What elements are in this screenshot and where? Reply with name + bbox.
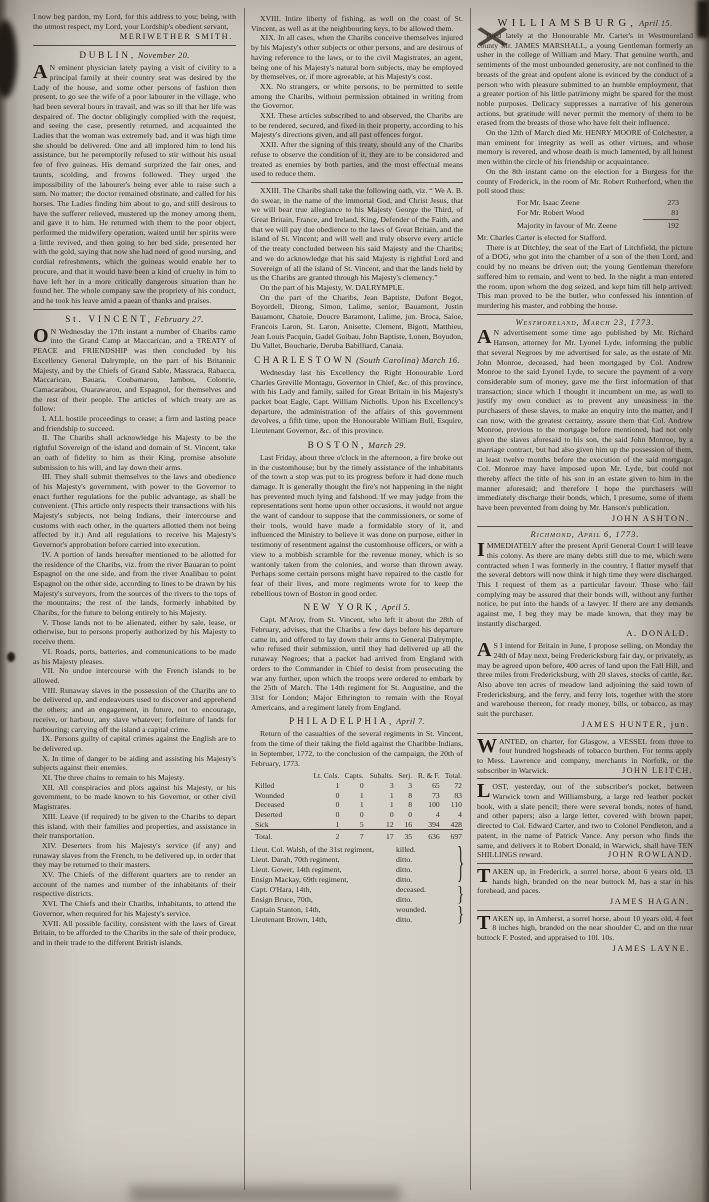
paragraph-text: VI. Roads, ports, batteries, and communi… <box>33 647 236 666</box>
signature: A. DONALD. <box>477 629 690 639</box>
news-paragraph: AN advertisement some time ago published… <box>477 328 693 512</box>
paragraph-text: III. They shall submit themselves to the… <box>33 472 236 549</box>
table-cell: 1 <box>365 800 395 810</box>
news-paragraph: XXIII. The Charibs shall take the follow… <box>251 186 463 283</box>
table-row: Deserted000044 <box>251 810 463 820</box>
paragraph-text: I. ALL hostile proceedings to cease; a f… <box>33 414 236 433</box>
column-right: WILLIAMSBURG, April 15.Died lately at th… <box>477 14 693 956</box>
table-cell: 12 <box>365 820 395 830</box>
officer-row: Lieut. Darah, 70th regiment,ditto. <box>251 855 450 865</box>
paragraph-text: On the 8th instant came on the election … <box>477 167 693 195</box>
officer-row: Ensign Bruce, 70th,ditto. <box>251 895 450 905</box>
news-paragraph: IV. A portion of lands hereafter mention… <box>33 550 236 618</box>
paragraph-text: XV. The Chiefs of the different quarters… <box>33 870 236 898</box>
heading-date: April 7. <box>396 717 425 726</box>
paragraph-text: Last Friday, about three o'clock in the … <box>251 453 463 598</box>
paragraph-text: On the 12th of March died Mr. HENRY MOOR… <box>477 128 693 166</box>
officer-status: deceased. <box>396 885 450 895</box>
dropcap-letter: A <box>477 328 493 347</box>
news-paragraph: XIII. Leave (if required) to be given to… <box>33 812 236 841</box>
dropcap-letter: I <box>477 541 487 560</box>
horizontal-rule <box>477 863 693 864</box>
poll-candidate: For Mr. Isaac Zeene <box>517 198 649 208</box>
table-cell: 0 <box>308 791 340 801</box>
poll-row: For Mr. Robert Wood81 <box>517 208 679 218</box>
news-paragraph: XVIII. Intire liberty of fishing, as wel… <box>251 14 463 33</box>
table-cell: 1 <box>340 791 364 801</box>
poll-majority-row: Majority in favour of Mr. Zeene192 <box>517 221 679 231</box>
news-paragraph: Capt. M'Aroy, from St. Vincent, who left… <box>251 615 463 712</box>
table-cell: 0 <box>308 800 340 810</box>
table-total-cell: 697 <box>441 830 463 842</box>
news-paragraph: Died lately at the Honourable Mr. Carter… <box>477 31 693 128</box>
table-row: Killed10336572 <box>251 781 463 791</box>
table-row: Wounded01187383 <box>251 791 463 801</box>
news-paragraph: On the part of his Majesty, W. DALRYMPLE… <box>251 283 463 293</box>
news-paragraph: VII. No undue intercourse with the Frenc… <box>33 666 236 685</box>
section-heading: CHARLESTOWN (South Carolina) March 16. <box>251 355 463 366</box>
paragraph-text: Capt. M'Aroy, from St. Vincent, who left… <box>251 615 463 711</box>
table-cell: 1 <box>340 800 364 810</box>
news-paragraph: XVI. The Chiefs and their Charibs, inhab… <box>33 899 236 918</box>
column-left: I now beg pardon, my Lord, for this addr… <box>33 12 236 948</box>
horizontal-rule <box>477 526 693 527</box>
paragraph-text: XXI. These articles subscribed to and ob… <box>251 111 463 139</box>
section-heading: St. VINCENT, February 27. <box>33 314 236 325</box>
table-total-cell: 7 <box>340 830 364 842</box>
table-cell: 0 <box>340 781 364 791</box>
table-row-label: Sick <box>251 820 308 830</box>
ink-blot-corner <box>0 20 17 98</box>
table-total-cell: 636 <box>413 830 441 842</box>
table-cell: 1 <box>365 791 395 801</box>
grouping-brace: } <box>457 845 464 885</box>
dropcap-letter: A <box>477 641 493 660</box>
table-cell: 65 <box>413 781 441 791</box>
paragraph-text: N eminent physician lately paying a visi… <box>33 63 236 305</box>
news-paragraph: XVII. All possible facility, consistent … <box>33 919 236 948</box>
news-paragraph: XXII. After the signing of this treaty, … <box>251 140 463 179</box>
table-header-cell: Capts. <box>340 771 364 781</box>
officer-name: Ensign Mackay, 69th regiment, <box>251 875 396 885</box>
news-paragraph: XI. The three chains to remain to his Ma… <box>33 773 236 783</box>
heading-city: St. VINCENT, <box>65 314 153 324</box>
table-cell: 1 <box>308 820 340 830</box>
horizontal-rule <box>477 910 693 911</box>
paragraph-text: XXIII. The Charibs shall take the follow… <box>251 186 463 282</box>
page-edge-shadow-left <box>0 0 8 1202</box>
paragraph-text: XXII. After the signing of this treaty, … <box>251 140 463 178</box>
officer-row: Capt. O'Hara, 14th,deceased. <box>251 885 450 895</box>
paragraph-text: N Wednesday the 17th instant a number of… <box>33 327 236 414</box>
table-cell: 0 <box>365 810 395 820</box>
news-paragraph: XII. All conspiracies and plots against … <box>33 783 236 812</box>
heading-city: PHILADELPHIA, <box>289 716 394 726</box>
section-heading: PHILADELPHIA, April 7. <box>251 716 463 727</box>
officer-status: ditto. <box>396 875 450 885</box>
officer-name: Captain Stanton, 14th, <box>251 905 396 915</box>
page-edge-shadow-right <box>701 0 709 1202</box>
paragraph-text: II. The Charibs shall acknowledge his Ma… <box>33 433 236 471</box>
officer-row: Lieut. Col. Walsh, of the 31st regiment,… <box>251 845 450 855</box>
table-cell: 0 <box>340 810 364 820</box>
news-paragraph: X. In time of danger to be aiding and as… <box>33 754 236 773</box>
news-paragraph: ON Wednesday the 17th instant a number o… <box>33 327 236 414</box>
horizontal-rule <box>477 314 693 315</box>
officer-name: Ensign Bruce, 70th, <box>251 895 396 905</box>
news-paragraph: XV. The Chiefs of the different quarters… <box>33 870 236 899</box>
table-cell: 4 <box>441 810 463 820</box>
heading-date: March 29. <box>368 441 406 450</box>
grouping-brace: } <box>457 885 464 905</box>
dropcap-letter: T <box>477 914 492 933</box>
dropcap-letter: T <box>477 867 492 886</box>
officer-row: Captain Stanton, 14th,wounded. <box>251 905 450 915</box>
officer-status: killed. <box>396 845 450 855</box>
table-cell: 0 <box>395 810 413 820</box>
paragraph-text: X. In time of danger to be aiding and as… <box>33 754 236 773</box>
table-header-cell: Serj. <box>395 771 413 781</box>
heading-city: NEW YORK, <box>303 602 379 612</box>
heading-date: April 15. <box>639 19 672 28</box>
table-cell: 8 <box>395 791 413 801</box>
heading-city: WILLIAMSBURG, <box>498 18 638 29</box>
table-header-cell: Subalts. <box>365 771 395 781</box>
paragraph-text: V. Those lands not to be alienated, eith… <box>33 618 236 646</box>
news-paragraph: VIII. Runaway slaves in the possession o… <box>33 686 236 735</box>
section-heading: BOSTON, March 29. <box>251 440 463 451</box>
news-paragraph: XIX. In all cases, when the Charibs conc… <box>251 33 463 82</box>
paragraph-text: I now beg pardon, my Lord, for this addr… <box>33 12 236 31</box>
paragraph-text: N advertisement some time ago published … <box>477 328 693 512</box>
table-cell: 110 <box>441 800 463 810</box>
officer-name: Lieut. Gower, 14th regiment, <box>251 865 396 875</box>
poll-majority-label: Majority in favour of Mr. Zeene <box>517 221 649 231</box>
news-paragraph: There is at Ditchley, the seat of the Ea… <box>477 243 693 311</box>
news-paragraph: TAKEN up, in Amherst, a sorrel horse, ab… <box>477 914 693 943</box>
paragraph-text: VII. No undue intercourse with the Frenc… <box>33 666 236 685</box>
table-cell: 5 <box>340 820 364 830</box>
table-cell: 394 <box>413 820 441 830</box>
news-paragraph: VI. Roads, ports, batteries, and communi… <box>33 647 236 666</box>
signature: JAMES HAGAN. <box>477 897 690 907</box>
horizontal-rule <box>477 733 693 734</box>
horizontal-rule <box>33 309 236 310</box>
news-paragraph: II. The Charibs shall acknowledge his Ma… <box>33 433 236 472</box>
table-row-label: Wounded <box>251 791 308 801</box>
officer-name: Capt. O'Hara, 14th, <box>251 885 396 895</box>
paragraph-text: Died lately at the Honourable Mr. Carter… <box>477 31 693 127</box>
signature: MERIWETHER SMITH. <box>33 32 233 42</box>
dropcap-letter: O <box>33 327 51 346</box>
officer-row: Lieut. Gower, 14th regiment,ditto. <box>251 865 450 875</box>
news-paragraph: XXI. These articles subscribed to and ob… <box>251 111 463 140</box>
table-header-cell: R. & F. <box>413 771 441 781</box>
news-paragraph: IMMEDIATELY after the present April Gene… <box>477 541 693 628</box>
news-paragraph: On the 8th instant came on the election … <box>477 167 693 196</box>
officer-row: Lieutenant Brown, 14th,ditto. <box>251 915 450 925</box>
paragraph-text: MMEDIATELY after the present April Gener… <box>477 541 693 628</box>
table-cell: 1 <box>308 781 340 791</box>
officer-name: Lieut. Darah, 70th regiment, <box>251 855 396 865</box>
news-paragraph: Wednesday last his Excellency the Right … <box>251 368 463 436</box>
paragraph-text: There is at Ditchley, the seat of the Ea… <box>477 243 693 310</box>
news-paragraph: On the part of the Charibs, Jean Baptist… <box>251 293 463 351</box>
table-header-cell <box>251 771 308 781</box>
paragraph-text: XX. No strangers, or white persons, to b… <box>251 82 463 110</box>
poll-majority-count: 192 <box>649 221 679 231</box>
table-row-label: Deserted <box>251 810 308 820</box>
section-heading: DUBLIN, November 20. <box>33 50 236 61</box>
news-paragraph: I. ALL hostile proceedings to cease; a f… <box>33 414 236 433</box>
news-paragraph: Return of the casualties of the several … <box>251 729 463 768</box>
news-paragraph: WANTED, on charter, for Glasgow, a VESSE… <box>477 737 693 776</box>
column-middle: XVIII. Intire liberty of fishing, as wel… <box>251 14 463 925</box>
heading-date: April 5. <box>382 603 411 612</box>
horizontal-rule <box>33 45 236 46</box>
table-total-cell: 17 <box>365 830 395 842</box>
table-header-cell: Total. <box>441 771 463 781</box>
paragraph-text: VIII. Runaway slaves in the possession o… <box>33 686 236 734</box>
poll-count: 81 <box>649 208 679 218</box>
news-paragraph: AS I intend for Britain in June, I propo… <box>477 641 693 719</box>
table-cell: 3 <box>395 781 413 791</box>
table-row: Sick151216394428 <box>251 820 463 830</box>
table-row-label: Killed <box>251 781 308 791</box>
paragraph-text: IV. A portion of lands hereafter mention… <box>33 550 236 617</box>
inline-signature: JOHN LEITCH. <box>622 766 693 776</box>
dropcap-letter: L <box>477 782 492 801</box>
signature: JAMES LAYNE. <box>477 944 690 954</box>
horizontal-rule <box>477 778 693 779</box>
table-cell: 0 <box>308 810 340 820</box>
paragraph-text: XII. All conspiracies and plots against … <box>33 783 236 811</box>
heading-city: CHARLESTOWN <box>254 355 354 365</box>
paragraph-text: XVIII. Intire liberty of fishing, as wel… <box>251 14 463 33</box>
poll-count: 273 <box>649 198 679 208</box>
paragraph-text: OST, yesterday, out of the subscriber's … <box>477 782 693 859</box>
horizontal-rule <box>251 182 463 183</box>
table-row-label: Deceased <box>251 800 308 810</box>
poll-row: For Mr. Isaac Zeene273 <box>517 198 679 208</box>
dateline-heading: Westmoreland, March 23, 1773. <box>477 318 693 328</box>
signature: JAMES HUNTER, jun. <box>477 720 690 730</box>
newspaper-page: ✕ I now beg pardon, my Lord, for this ad… <box>0 0 709 1202</box>
poll-sum-rule <box>643 219 679 220</box>
table-cell: 428 <box>441 820 463 830</box>
table-cell: 72 <box>441 781 463 791</box>
news-paragraph: XIV. Deserters from his Majesty's servic… <box>33 841 236 870</box>
table-cell: 16 <box>395 820 413 830</box>
table-header-row: Lt. Cols.Capts.Subalts.Serj.R. & F.Total… <box>251 771 463 781</box>
paragraph-text: XIV. Deserters from his Majesty's servic… <box>33 841 236 869</box>
ink-dot-margin <box>7 652 15 662</box>
news-paragraph: AN eminent physician lately paying a vis… <box>33 63 236 306</box>
officer-name: Lieut. Col. Walsh, of the 31st regiment, <box>251 845 396 855</box>
table-cell: 100 <box>413 800 441 810</box>
column-divider-rule <box>244 8 245 1190</box>
paragraph-text: AKEN up, in Frederick, a sorrel horse, a… <box>477 867 693 895</box>
signature: JOHN ASHTON. <box>477 514 690 524</box>
paper-smudge-bottom <box>130 1186 400 1202</box>
news-paragraph: V. Those lands not to be alienated, eith… <box>33 618 236 647</box>
section-heading: NEW YORK, April 5. <box>251 602 463 613</box>
news-paragraph: Last Friday, about three o'clock in the … <box>251 453 463 599</box>
paragraph-text: IX. Persons guilty of capital crimes aga… <box>33 734 236 753</box>
dropcap-letter: W <box>477 737 499 756</box>
paragraph-text: XVII. All possible facility, consistent … <box>33 919 236 947</box>
officer-status: ditto. <box>396 895 450 905</box>
table-cell: 83 <box>441 791 463 801</box>
paragraph-text: On the part of his Majesty, W. DALRYMPLE… <box>260 283 404 292</box>
grouping-brace: } <box>457 905 464 925</box>
heading-city: BOSTON, <box>308 440 367 450</box>
officer-status: ditto. <box>396 865 450 875</box>
table-row: Deceased0118100110 <box>251 800 463 810</box>
inline-signature: JOHN ROWLAND. <box>608 850 693 860</box>
news-paragraph: I now beg pardon, my Lord, for this addr… <box>33 12 236 31</box>
paragraph-text: XIII. Leave (if required) to be given to… <box>33 812 236 840</box>
officer-row: Ensign Mackay, 69th regiment,ditto. <box>251 875 450 885</box>
paragraph-text: S I intend for Britain in June, I propos… <box>477 641 693 718</box>
paragraph-text: XIX. In all cases, when the Charibs conc… <box>251 33 463 81</box>
casualty-table: Lt. Cols.Capts.Subalts.Serj.R. & F.Total… <box>251 771 463 842</box>
news-paragraph: On the 12th of March died Mr. HENRY MOOR… <box>477 128 693 167</box>
dateline-heading: Richmond, April 6, 1773. <box>477 530 693 540</box>
table-total-row: Total.271735636697 <box>251 830 463 842</box>
officer-status: ditto. <box>396 855 450 865</box>
news-paragraph: III. They shall submit themselves to the… <box>33 472 236 550</box>
ink-blot-top-right <box>697 0 709 38</box>
news-paragraph: TAKEN up, in Frederick, a sorrel horse, … <box>477 867 693 896</box>
news-paragraph: XX. No strangers, or white persons, to b… <box>251 82 463 111</box>
news-paragraph: Mr. Charles Carter is elected for Staffo… <box>477 233 693 243</box>
table-total-cell: 35 <box>395 830 413 842</box>
paragraph-text: XVI. The Chiefs and their Charibs, inhab… <box>33 899 236 918</box>
paragraph-text: AKEN up, in Amherst, a sorrel horse, abo… <box>477 914 693 942</box>
section-heading: WILLIAMSBURG, April 15. <box>477 18 693 29</box>
paragraph-text: Wednesday last his Excellency the Right … <box>251 368 463 435</box>
paragraph-text: Mr. Charles Carter is elected for Staffo… <box>477 233 607 242</box>
paragraph-text: On the part of the Charibs, Jean Baptist… <box>251 293 463 351</box>
officer-name: Lieutenant Brown, 14th, <box>251 915 396 925</box>
dropcap-letter: A <box>33 63 49 82</box>
table-total-label: Total. <box>251 830 308 842</box>
officer-status: ditto. <box>396 915 450 925</box>
table-cell: 8 <box>395 800 413 810</box>
paragraph-text: Return of the casualties of the several … <box>251 729 463 767</box>
column-divider-rule <box>470 8 471 1190</box>
officer-casualty-list: Lieut. Col. Walsh, of the 31st regiment,… <box>251 845 463 925</box>
heading-city: DUBLIN, <box>79 50 136 60</box>
table-cell: 3 <box>365 781 395 791</box>
news-paragraph: LOST, yesterday, out of the subscriber's… <box>477 782 693 860</box>
table-total-cell: 2 <box>308 830 340 842</box>
table-cell: 73 <box>413 791 441 801</box>
heading-date: (South Carolina) March 16. <box>356 356 460 365</box>
poll-candidate: For Mr. Robert Wood <box>517 208 649 218</box>
heading-date: February 27. <box>155 315 204 324</box>
news-paragraph: IX. Persons guilty of capital crimes aga… <box>33 734 236 753</box>
heading-date: November 20. <box>138 51 190 60</box>
election-poll-results: For Mr. Isaac Zeene273For Mr. Robert Woo… <box>517 198 679 231</box>
paragraph-text: XI. The three chains to remain to his Ma… <box>42 773 185 782</box>
table-header-cell: Lt. Cols. <box>308 771 340 781</box>
officer-status: wounded. <box>396 905 450 915</box>
table-cell: 4 <box>413 810 441 820</box>
